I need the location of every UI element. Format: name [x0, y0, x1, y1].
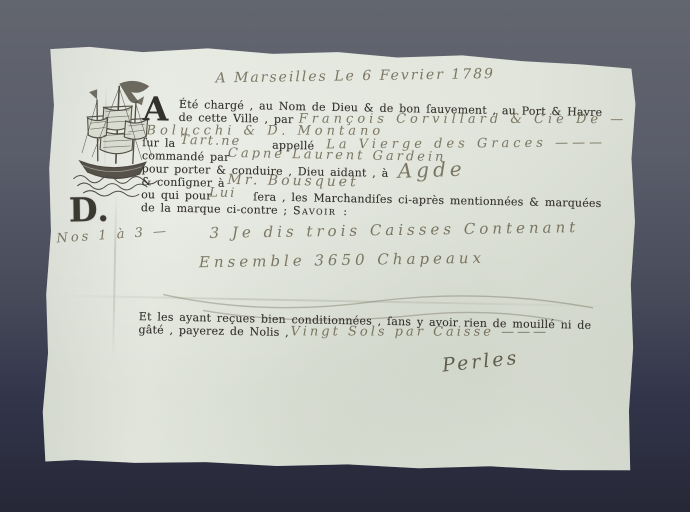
vertical-fold-crease [112, 194, 117, 359]
photo-background: A Marseilles Le 6 Fevrier 1789 A Été cha… [0, 0, 690, 512]
dateline-handwriting: A Marseilles Le 6 Fevrier 1789 [215, 66, 495, 86]
consignee-handwriting: Mr. Bousquet [227, 172, 358, 191]
printed-line-8-text: de la marque ci-contre ; [141, 201, 288, 217]
bill-of-lading-paper: A Marseilles Le 6 Fevrier 1789 A Été cha… [40, 42, 640, 473]
cargo-line-1-handwriting: 3 Je dis trois Caisses Contenant [209, 218, 579, 242]
printed-savoir-label: Savoir : [293, 204, 349, 218]
freight-handwriting: Vingt Sols par Caisse ——— [291, 324, 550, 339]
drop-cap: A [143, 92, 169, 125]
cargo-line-2-handwriting: Ensemble 3650 Chapeaux [199, 249, 485, 271]
destination-handwriting: Agde [397, 157, 466, 183]
closing-line-2: gâté , payerez de Nolis , [138, 323, 289, 339]
printed-line-8: de la marque ci-contre ; Savoir : [141, 201, 349, 218]
pronoun-handwriting: Lui [209, 185, 236, 201]
printed-line-3-pre: ſur la [142, 136, 175, 150]
printed-line-7-pre: ou qui pour [141, 188, 212, 202]
signature: Perles [441, 347, 520, 377]
merchant-mark: D. [69, 190, 111, 230]
